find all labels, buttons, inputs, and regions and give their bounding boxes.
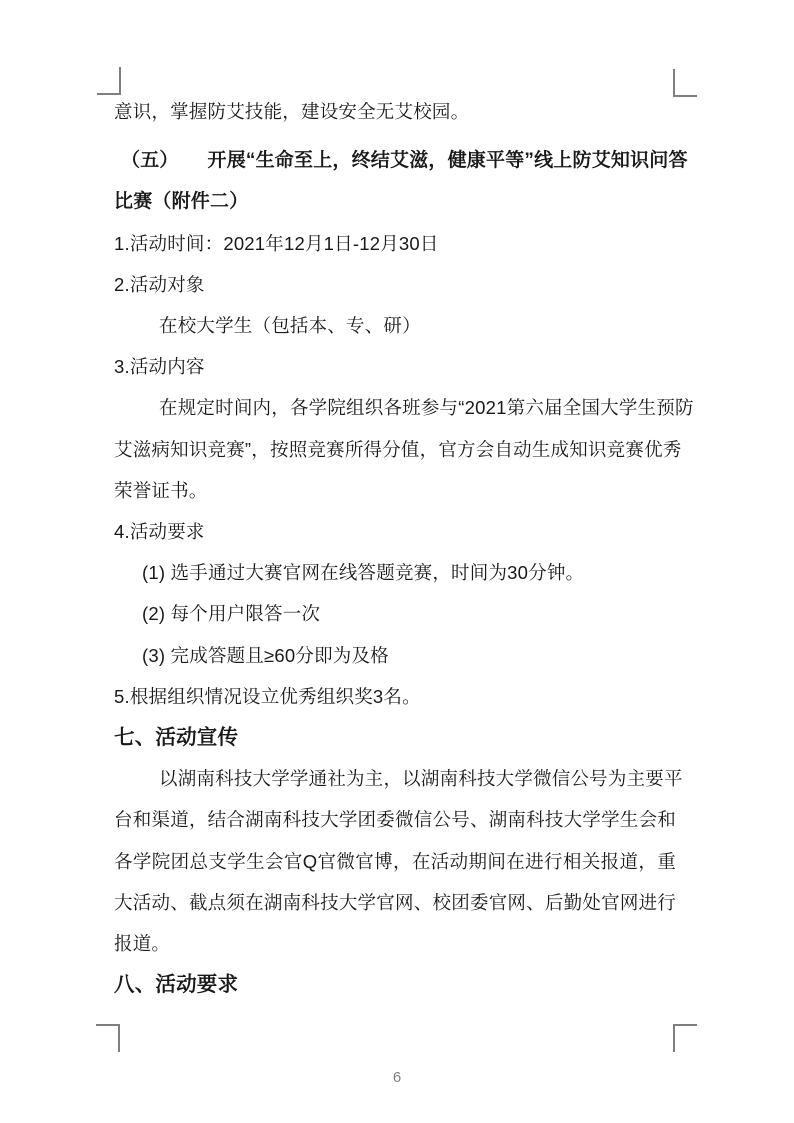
text-line: 意识，掌握防艾技能，建设安全无艾校园。 <box>114 91 676 132</box>
text-line: （五） 开展“生命至上，终结艾滋，健康平等”线上防艾知识问答 <box>114 140 676 181</box>
document-page: 意识，掌握防艾技能，建设安全无艾校园。（五） 开展“生命至上，终结艾滋，健康平等… <box>0 0 794 1123</box>
text-line: 4.活动要求 <box>114 511 676 552</box>
text-boundary-mark-top-right <box>673 69 697 97</box>
text-line: 艾滋病知识竞赛”，按照竞赛所得分值，官方会自动生成知识竞赛优秀 <box>114 429 676 470</box>
text-line: 台和渠道，结合湖南科技大学团委微信公号、湖南科技大学学生会和 <box>114 799 676 840</box>
text-line: 以湖南科技大学学通社为主，以湖南科技大学微信公号为主要平 <box>114 758 676 799</box>
text-line: 1.活动时间：2021年12月1日-12月30日 <box>114 223 676 264</box>
text-boundary-mark-bottom-right <box>673 1024 697 1052</box>
text-line: 八、活动要求 <box>114 964 676 1005</box>
text-line: 各学院团总支学生会官Q官微官博，在活动期间在进行相关报道，重 <box>114 841 676 882</box>
text-line: 大活动、截点须在湖南科技大学官网、校团委官网、后勤处官网进行 <box>114 882 676 923</box>
text-line: 5.根据组织情况设立优秀组织奖3名。 <box>114 676 676 717</box>
document-content: 意识，掌握防艾技能，建设安全无艾校园。（五） 开展“生命至上，终结艾滋，健康平等… <box>114 91 676 1005</box>
text-line: 2.活动对象 <box>114 264 676 305</box>
text-line: (1) 选手通过大赛官网在线答题竞赛，时间为30分钟。 <box>114 552 676 593</box>
text-line: 比赛（附件二） <box>114 181 676 222</box>
text-line: 荣誉证书。 <box>114 470 676 511</box>
text-boundary-mark-bottom-left <box>96 1024 120 1052</box>
text-line: (2) 每个用户限答一次 <box>114 593 676 634</box>
text-line: 3.活动内容 <box>114 346 676 387</box>
text-line: 在规定时间内，各学院组织各班参与“2021第六届全国大学生预防 <box>114 387 676 428</box>
text-line: (3) 完成答题且≥60分即为及格 <box>114 635 676 676</box>
page-number: 6 <box>0 1068 794 1088</box>
text-line: 报道。 <box>114 923 676 964</box>
text-line: 七、活动宣传 <box>114 717 676 758</box>
text-line: 在校大学生（包括本、专、研） <box>114 305 676 346</box>
